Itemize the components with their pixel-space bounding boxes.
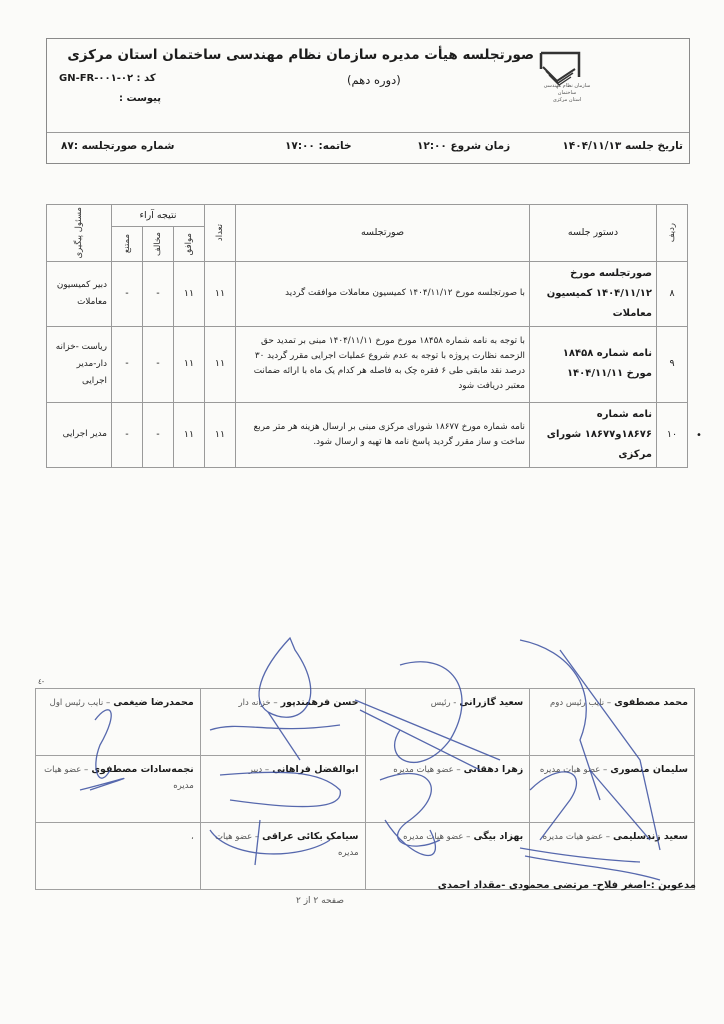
col-abstain: ممتنع (112, 227, 143, 261)
cell-minutes: با توجه به نامه شماره ۱۸۴۵۸ مورخ مورخ ۱۴… (236, 326, 530, 402)
col-abstain-label: ممتنع (119, 234, 135, 253)
col-count: تعداد (205, 205, 236, 262)
meeting-date: تاریخ جلسه ۱۴۰۴/۱۱/۱۳ (562, 140, 683, 152)
signer-role: – نایب رئیس دوم (550, 698, 611, 708)
cell-agree: ۱۱ (174, 261, 205, 326)
cell-abstain: - (112, 402, 143, 467)
col-row: ردیف (657, 205, 688, 262)
col-vote-result: نتیجه آراء (112, 205, 205, 227)
signer-name: حسن فرهمندپور (281, 697, 359, 708)
cell-oppose: - (143, 402, 174, 467)
table-row: ۱۰ نامه شماره ۱۸۶۷۶و۱۸۶۷۷ شورای مرکزی نا… (47, 402, 688, 467)
signer-role: ، (191, 832, 194, 842)
cell-oppose: - (143, 326, 174, 402)
signer-name: نجمه‌سادات مصطفوی (91, 764, 193, 775)
signer-name: سعید زندسلیمی (613, 831, 688, 842)
cell-minutes: نامه شماره مورخ ۱۸۶۷۷ شورای مرکزی مبنی ب… (236, 402, 530, 467)
col-oppose: مخالف (143, 227, 174, 261)
signer-name: زهرا دهقانی (464, 764, 524, 775)
cell-agenda: صورتجلسه مورخ ۱۴۰۴/۱۱/۱۲ کمیسیون معاملات (530, 261, 657, 326)
cell-row: ۱۰ (657, 402, 688, 467)
cell-oppose: - (143, 261, 174, 326)
signer-role: – عضو هیات مدیره (393, 765, 460, 775)
cell-responsible: ریاست -خزانه دار-مدیر اجرایی (47, 326, 112, 402)
signature-cell: حسن فرهمندپور – خزانه دار (200, 689, 365, 756)
minutes-number: شماره صورتجلسه :۸۷ (61, 140, 175, 152)
cell-agenda: نامه شماره ۱۸۶۷۶و۱۸۶۷۷ شورای مرکزی (530, 402, 657, 467)
cell-agree: ۱۱ (174, 326, 205, 402)
col-agree-label: موافق (181, 233, 197, 255)
margin-dot: • (696, 430, 702, 441)
document-title: صورتجلسه هیأت مدیره سازمان نظام مهندسی س… (67, 47, 534, 63)
signature-cell: ابوالفضل فراهانی – دبیر (200, 756, 365, 823)
cell-agree: ۱۱ (174, 402, 205, 467)
page-number: صفحه ۲ از ۲ (296, 896, 344, 906)
attachment-label: پیوست : (119, 93, 161, 104)
signer-role: – عضو هیات مدیره (543, 832, 610, 842)
cell-count: ۱۱ (205, 402, 236, 467)
signer-name: بهزاد بیگی (473, 831, 523, 842)
start-time: زمان شروع ۱۲:۰۰ (417, 140, 510, 152)
cell-row: ۹ (657, 326, 688, 402)
organization-logo-icon (531, 47, 589, 115)
logo-caption: سازمان نظام مهندسی ساختمان استان مرکزی (537, 83, 597, 104)
table-row: ۹ نامه شماره ۱۸۴۵۸ مورخ ۱۴۰۴/۱۱/۱۱ با تو… (47, 326, 688, 402)
signature-cell: سعید گازرانی - رئیس (365, 689, 530, 756)
signer-name: محمدرضا ضیغمی (113, 697, 194, 708)
cell-agenda: نامه شماره ۱۸۴۵۸ مورخ ۱۴۰۴/۱۱/۱۱ (530, 326, 657, 402)
invited-guests: مدعوین :-اصغر فلاح- مرتضی محمودی -مقداد … (438, 880, 696, 891)
signer-name: سعید گازرانی (459, 697, 523, 708)
col-oppose-label: مخالف (150, 232, 166, 256)
col-agree: موافق (174, 227, 205, 261)
col-count-label: تعداد (212, 224, 228, 241)
minutes-table: ردیف دستور جلسه صورتجلسه تعداد نتیجه آرا… (46, 204, 688, 468)
col-row-label: ردیف (664, 223, 680, 242)
end-time: خاتمه: ۱۷:۰۰ (285, 140, 352, 152)
signer-role: – دبیر (249, 765, 269, 775)
form-code: کد : GN-FR-۰۰۱-۰۲ (59, 73, 156, 84)
col-responsible-label: مسئول پیگیری (71, 207, 87, 259)
signature-cell: محمدرضا ضیغمی – نایب رئیس اول (36, 689, 201, 756)
signature-cell: ، (36, 823, 201, 890)
cell-abstain: - (112, 326, 143, 402)
signature-cell: زهرا دهقانی – عضو هیات مدیره (365, 756, 530, 823)
cell-row: ۸ (657, 261, 688, 326)
table-row: ۸ صورتجلسه مورخ ۱۴۰۴/۱۱/۱۲ کمیسیون معامل… (47, 261, 688, 326)
signature-cell: نجمه‌سادات مصطفوی – عضو هیات مدیره (36, 756, 201, 823)
col-responsible: مسئول پیگیری (47, 205, 112, 262)
signer-name: سیامک بکائی عراقی (262, 831, 358, 842)
signer-role: – عضو هیات مدیره (403, 832, 470, 842)
cell-responsible: مدیر اجرایی (47, 402, 112, 467)
signature-cell: سیامک بکائی عراقی – عضو هیات مدیره (200, 823, 365, 890)
document-header: صورتجلسه هیأت مدیره سازمان نظام مهندسی س… (46, 38, 690, 164)
signature-cell: سلیمان منصوری – عضو هیات مدیره (530, 756, 695, 823)
cell-minutes: با صورتجلسه مورخ ۱۴۰۴/۱۱/۱۲ کمیسیون معام… (236, 261, 530, 326)
header-divider (47, 132, 689, 133)
signer-role: – نایب رئیس اول (50, 698, 111, 708)
signer-name: سلیمان منصوری (610, 764, 688, 775)
signature-cell: محمد مصطفوی – نایب رئیس دوم (530, 689, 695, 756)
signature-table: محمد مصطفوی – نایب رئیس دوم سعید گازرانی… (35, 688, 695, 890)
signer-role: – عضو هیات مدیره (540, 765, 607, 775)
signer-name: محمد مصطفوی (614, 697, 688, 708)
logo-caption-line1: سازمان نظام مهندسی ساختمان (537, 83, 597, 97)
signer-role: - رئیس (431, 698, 457, 708)
term-subtitle: (دوره دهم) (347, 73, 401, 87)
signer-name: ابوالفضل فراهانی (272, 764, 358, 775)
col-minutes: صورتجلسه (236, 205, 530, 262)
logo-caption-line2: استان مرکزی (537, 97, 597, 104)
margin-mark: ٤- (38, 678, 44, 686)
cell-count: ۱۱ (205, 326, 236, 402)
cell-count: ۱۱ (205, 261, 236, 326)
col-agenda: دستور جلسه (530, 205, 657, 262)
cell-responsible: دبیر کمیسیون معاملات (47, 261, 112, 326)
signer-role: – خزانه دار (239, 698, 278, 708)
cell-abstain: - (112, 261, 143, 326)
